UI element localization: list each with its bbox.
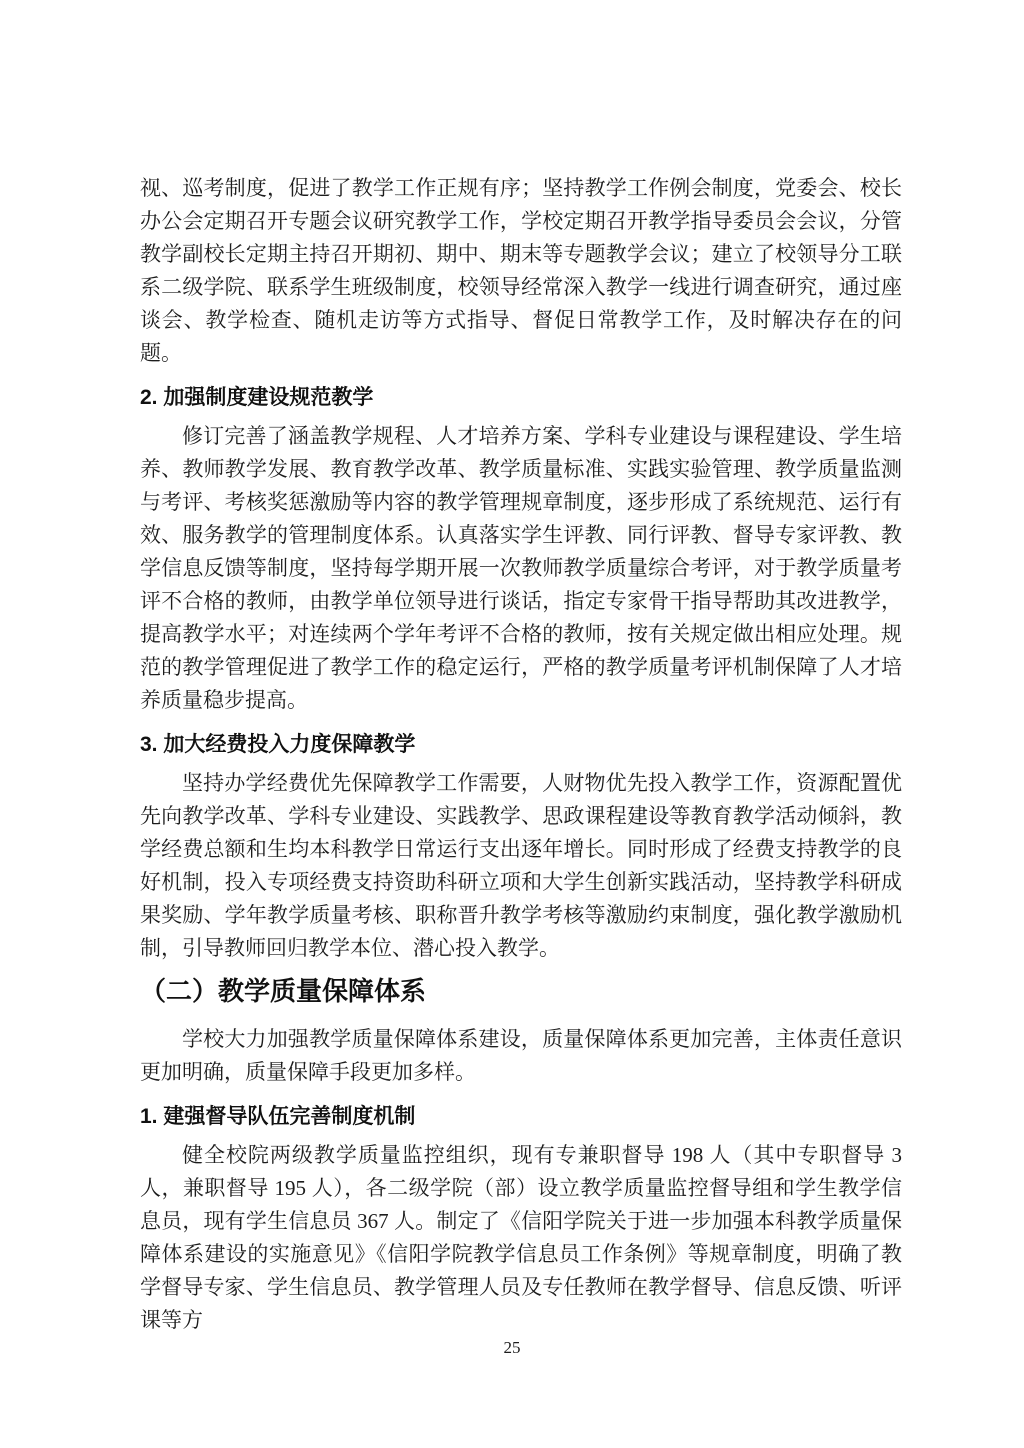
page-content: 视、巡考制度，促进了教学工作正规有序；坚持教学工作例会制度，党委会、校长办公会定… (140, 172, 902, 1337)
heading-strengthen-system-building: 2. 加强制度建设规范教学 (140, 384, 902, 412)
heading-increase-funding: 3. 加大经费投入力度保障教学 (140, 731, 902, 759)
paragraph-teaching-management-rules: 修订完善了涵盖教学规程、人才培养方案、学科专业建设与课程建设、学生培养、教师教学… (140, 420, 902, 717)
heading-supervision-team: 1. 建强督导队伍完善制度机制 (140, 1103, 902, 1131)
paragraph-quality-system-overview: 学校大力加强教学质量保障体系建设，质量保障体系更加完善，主体责任意识更加明确，质… (140, 1023, 902, 1089)
paragraph-funding-guarantee: 坚持办学经费优先保障教学工作需要，人财物优先投入教学工作，资源配置优先向教学改革… (140, 767, 902, 965)
document-page: 视、巡考制度，促进了教学工作正规有序；坚持教学工作例会制度，党委会、校长办公会定… (0, 0, 1024, 1448)
paragraph-supervision-organization: 健全校院两级教学质量监控组织，现有专兼职督导 198 人（其中专职督导 3 人，… (140, 1139, 902, 1337)
page-number: 25 (0, 1338, 1024, 1358)
paragraph-inspection-system-continuation: 视、巡考制度，促进了教学工作正规有序；坚持教学工作例会制度，党委会、校长办公会定… (140, 172, 902, 370)
section-heading-quality-assurance-system: （二）教学质量保障体系 (140, 973, 902, 1009)
